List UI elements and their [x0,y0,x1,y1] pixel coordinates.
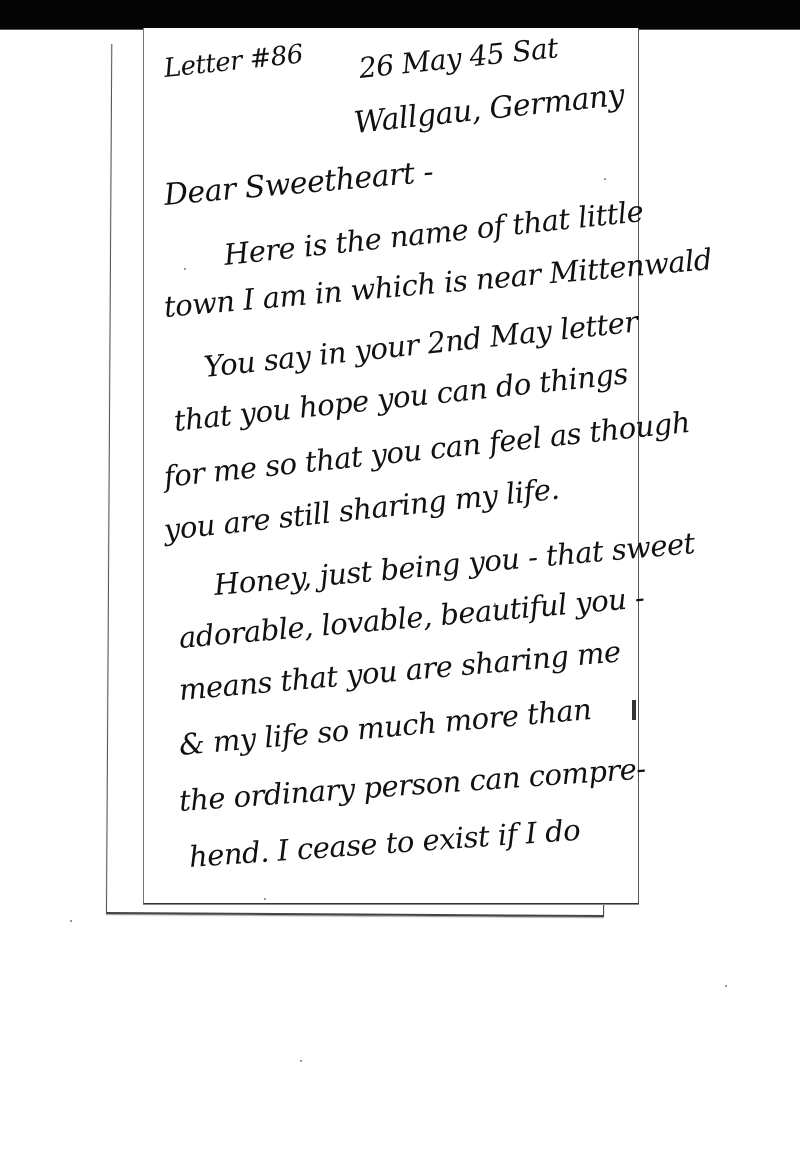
letter-page: Letter #86 26 May 45 Sat Wallgau, German… [143,28,639,904]
scan-speck [300,1060,302,1062]
letter-line: & my life so much more than [178,692,593,762]
scanner-top-bar [0,0,800,30]
letter-date: 26 May 45 Sat [357,31,559,85]
letter-line: the ordinary person can compre- [178,751,647,818]
letter-line: hend. I cease to exist if I do [188,813,581,874]
scan-speck [184,268,186,270]
page-edge-mark [632,700,636,720]
scan-speck [264,898,266,900]
letter-number: Letter #86 [162,40,304,84]
letter-salutation: Dear Sweetheart - [162,155,434,213]
scan-speck [70,920,72,922]
scan-speck [604,178,606,180]
scan-speck [725,985,727,987]
scan-speck [494,603,496,605]
letter-place: Wallgau, Germany [352,78,626,141]
